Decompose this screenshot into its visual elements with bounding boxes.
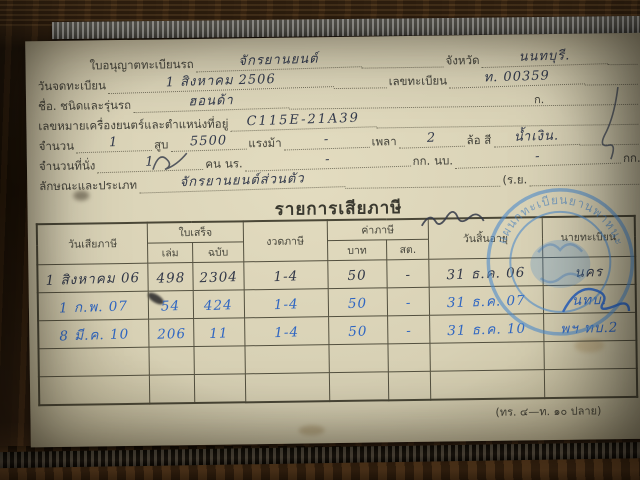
type-label: ลักษณะและประเภท (37, 179, 139, 194)
permit-label: ใบอนุญาตทะเบียนรถ (87, 58, 195, 73)
row-baht: 50 (348, 295, 368, 312)
reg-no-label: เลขทะเบียน (387, 74, 450, 88)
type-value-handwriting: จักรยานยนต์ส่วนตัว (139, 171, 345, 193)
row-no: 2304 (199, 269, 238, 286)
col-header-satang: สต. (387, 239, 429, 260)
row-baht: 50 (348, 267, 368, 284)
col-header-number: ฉบับ (192, 242, 243, 263)
province-label: จังหวัด (444, 54, 482, 68)
row-no: 11 (209, 325, 229, 342)
nr-label: นร. (223, 157, 245, 171)
row-date: 8 มี.ค. 10 (59, 322, 130, 346)
axle-label: เพลา (370, 135, 399, 149)
row-book: 206 (157, 326, 186, 343)
color-value-handwriting: น้ำเงิน. (493, 129, 579, 148)
cylinders-value-handwriting: 1 (76, 135, 152, 153)
row-registrar: นคร (574, 260, 603, 283)
stain (299, 425, 325, 435)
row-date: 1 ก.พ. 07 (59, 294, 129, 318)
wheel-color-label: ล้อ สี (465, 134, 494, 148)
engine-label: เลขหมายเครื่องยนตร์และตำแหน่งที่อยู่ (36, 117, 230, 133)
hp-extra-handwriting: - (283, 132, 369, 151)
col-header-book: เล่ม (148, 243, 193, 264)
reg-no-suffix: ก. (534, 90, 544, 108)
dotted-line (579, 141, 638, 146)
row-satang: - (405, 267, 411, 283)
col-header-baht: บาท (327, 240, 387, 261)
col-header-receipt: ใบเสร็จ (147, 221, 243, 243)
col-header-date: วันเสียภาษี (37, 223, 148, 265)
col-header-amount: ค่าภาษี (327, 219, 429, 241)
row-registrar: นทบ. (571, 287, 607, 310)
row-book: 54 (161, 298, 181, 315)
row-no: 424 (204, 297, 233, 314)
kk2-label: กก. (621, 152, 640, 166)
row-expiry: 31 ธ.ค. 07 (447, 288, 526, 312)
hp-value-handwriting: 5500 (170, 134, 246, 152)
seats-unit: คน (203, 157, 223, 170)
nb-label: นบ. (432, 154, 455, 168)
row-satang: - (406, 295, 412, 311)
reg-date-label: วันจดทะเบียน (36, 79, 108, 93)
row-period: 1-4 (273, 296, 298, 313)
form-code-note: (ทร. ๔—ท. ๑๐ ปลาย) (458, 401, 638, 422)
dotted-line (608, 61, 638, 65)
row-expiry: 31 ธ.ค. 10 (447, 316, 526, 340)
row-book: 498 (156, 270, 185, 287)
row-period: 1-4 (273, 268, 298, 285)
dotted-line (345, 183, 500, 189)
dotted-line (529, 181, 639, 187)
row-registrar: พฯ ทบ.2 (560, 315, 619, 339)
cylinders-label: จำนวน (37, 139, 77, 153)
row-baht: 50 (348, 323, 368, 340)
kk1-label: กก. (411, 154, 433, 168)
dotted-line (585, 81, 638, 86)
col-header-registrar: นายทะเบียน (542, 216, 635, 258)
tax-table: วันเสียภาษี ใบเสร็จ งวดภาษี ค่าภาษี วันส… (36, 215, 638, 406)
seats-label: จำนวนที่นั่ง (37, 159, 98, 173)
col-header-period: งวดภาษี (243, 220, 327, 262)
make-label: ชื่อ. ชนิดและรุ่นรถ (36, 99, 133, 114)
row-period: 1-4 (274, 324, 299, 341)
registration-card: ใบอนุญาตทะเบียนรถ จักรยานยนต์ จังหวัด นน… (25, 33, 640, 448)
row-satang: - (406, 323, 412, 339)
row-expiry: 31 ธ.ค. 06 (446, 260, 525, 284)
axle-value-handwriting: 2 (398, 131, 464, 149)
cylinders-unit: สูบ (152, 138, 171, 151)
dotted-line (334, 84, 387, 89)
row-date: 1 สิงหาคม 06 (45, 265, 140, 290)
hp-unit: แรงม้า (246, 137, 283, 151)
ry-label: (ร.ย. (500, 173, 529, 187)
col-header-expiry: วันสิ้นอายุ (428, 217, 542, 259)
